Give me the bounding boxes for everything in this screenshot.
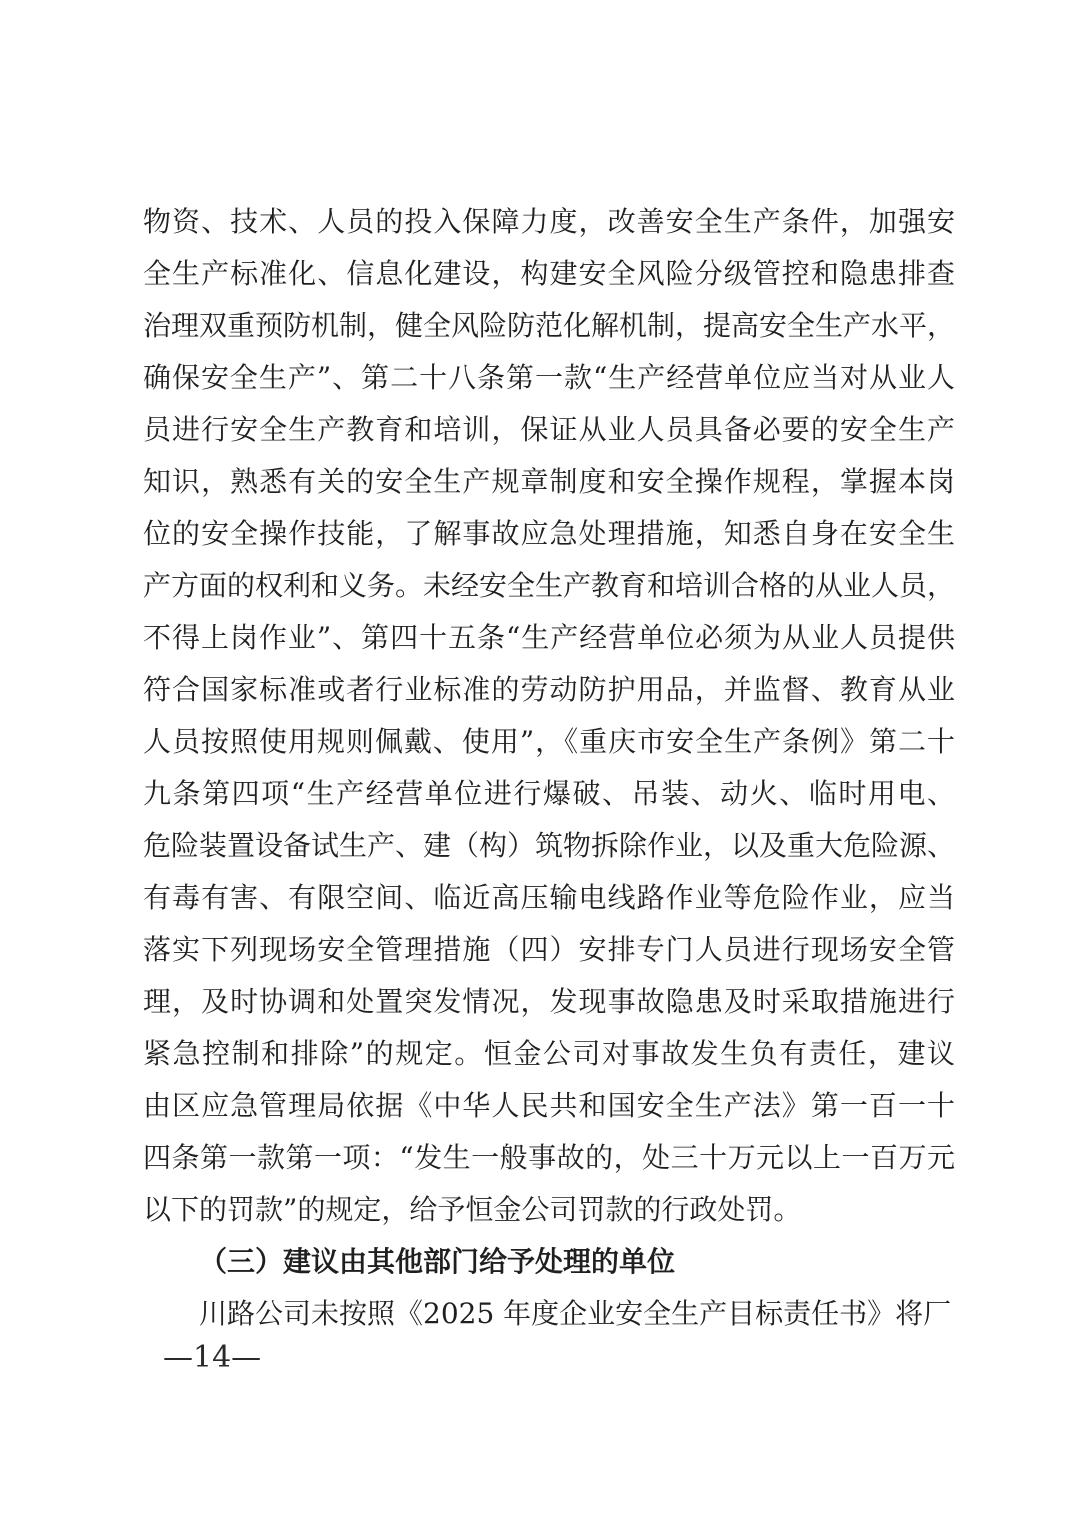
body-line: 位的安全操作技能，了解事故应急处理措施，知悉自身在安全生: [143, 508, 955, 560]
body-line: 符合国家标准或者行业标准的劳动防护用品，并监督、教育从业: [143, 664, 955, 716]
body-line: 不得上岗作业”、第四十五条“生产经营单位必须为从业人员提供: [143, 612, 955, 664]
document-page: 物资、技术、人员的投入保障力度，改善安全生产条件，加强安 全生产标准化、信息化建…: [0, 0, 1074, 1520]
body-line: 九条第四项“生产经营单位进行爆破、吊装、动火、临时用电、: [143, 768, 955, 820]
body-line: 四条第一款第一项：“发生一般事故的，处三十万元以上一百万元: [143, 1132, 955, 1184]
body-line: 确保安全生产”、第二十八条第一款“生产经营单位应当对从业人: [143, 352, 955, 404]
paragraph-first-line: 川路公司未按照《2025 年度企业安全生产目标责任书》将厂: [143, 1288, 955, 1340]
body-line: 落实下列现场安全管理措施（四）安排专门人员进行现场安全管: [143, 924, 955, 976]
body-line: 由区应急管理局依据《中华人民共和国安全生产法》第一百一十: [143, 1080, 955, 1132]
page-number: —14—: [163, 1340, 261, 1376]
body-line: 物资、技术、人员的投入保障力度，改善安全生产条件，加强安: [143, 196, 955, 248]
body-line: 有毒有害、有限空间、临近高压输电线路作业等危险作业，应当: [143, 872, 955, 924]
body-text: 物资、技术、人员的投入保障力度，改善安全生产条件，加强安 全生产标准化、信息化建…: [143, 196, 955, 1340]
body-line: 产方面的权利和义务。未经安全生产教育和培训合格的从业人员，: [143, 560, 955, 612]
body-line: 紧急控制和排除”的规定。恒金公司对事故发生负有责任，建议: [143, 1028, 955, 1080]
body-line: 知识，熟悉有关的安全生产规章制度和安全操作规程，掌握本岗: [143, 456, 955, 508]
body-line: 人员按照使用规则佩戴、使用”，《重庆市安全生产条例》第二十: [143, 716, 955, 768]
body-line: 全生产标准化、信息化建设，构建安全风险分级管控和隐患排查: [143, 248, 955, 300]
body-line: 理，及时协调和处置突发情况，发现事故隐患及时采取措施进行: [143, 976, 955, 1028]
section-heading: （三）建议由其他部门给予处理的单位: [143, 1236, 955, 1288]
body-line: 治理双重预防机制，健全风险防范化解机制，提高安全生产水平，: [143, 300, 955, 352]
body-line: 以下的罚款”的规定，给予恒金公司罚款的行政处罚。: [143, 1184, 955, 1236]
body-line: 员进行安全生产教育和培训，保证从业人员具备必要的安全生产: [143, 404, 955, 456]
body-line: 危险装置设备试生产、建（构）筑物拆除作业，以及重大危险源、: [143, 820, 955, 872]
